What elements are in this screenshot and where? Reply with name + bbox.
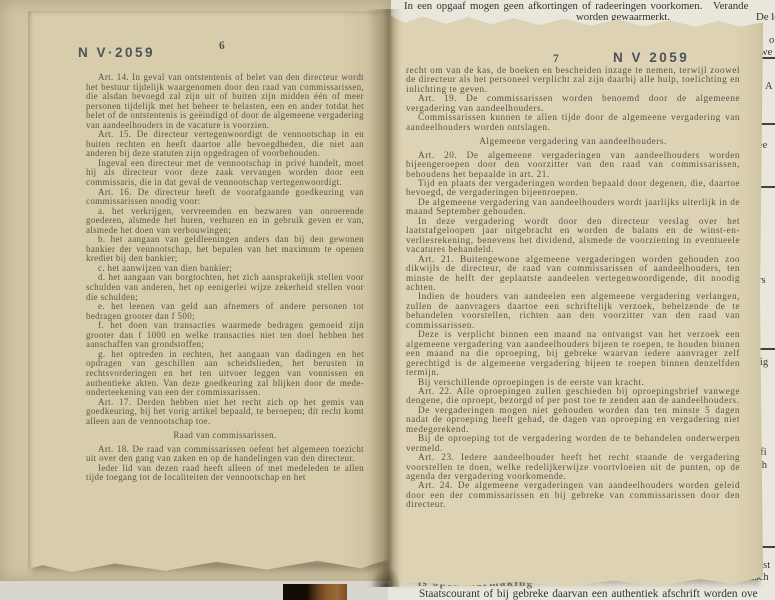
paragraph: Algemeene vergadering van aandeelhouders… [406,138,740,147]
paragraph: Art. 19. De commissarissen worden benoem… [406,95,740,114]
paragraph: f. het doen van transacties waarmede bed… [86,321,364,350]
paragraph: b. het aangaan van geldleeningen anders … [86,235,364,264]
right-page: 7 N V 2059 recht om van de kas, de boeke… [390,10,763,587]
paragraph: De vergaderingen mogen niet gehouden wor… [406,407,740,435]
right-page-text: recht om van de kas, de boeken en besche… [406,67,740,511]
paragraph: In deze vergadering wordt door den direc… [406,218,740,256]
paragraph: De algemeene vergadering van aandeelhoud… [406,199,740,218]
paragraph: Commissarissen kunnen te allen tijde doo… [406,114,740,133]
paragraph: Art. 18. De raad van commissarissen oefe… [86,445,364,464]
paragraph: recht om van de kas, de boeken en besche… [406,67,740,95]
paragraph: Art. 24. De algemeene vergaderingen van … [406,482,740,510]
paragraph: e. het leenen van geld aan afnemers of a… [86,302,364,321]
page-number: 6 [219,40,225,52]
page-number: 7 [553,53,559,65]
paragraph: Art. 15. De directeur vertegenwoordigt d… [86,130,364,159]
paragraph: Ieder lid van dezen raad heeft alleen of… [86,464,364,483]
paragraph: Art. 23. Iedere aandeelhouder heeft het … [406,454,740,482]
paragraph: Art. 14. In geval van ontstentenis of be… [86,73,364,130]
paragraph: Deze is verplicht binnen een maand na on… [406,331,740,378]
paragraph: Art. 16. De directeur heeft de voorafgaa… [86,188,364,207]
paragraph: Indien de houders van aandeelen een alge… [406,293,740,331]
paragraph: a. het verkrijgen, vervreemden en bezwar… [86,207,364,236]
paragraph: Raad van commissarissen. [86,431,364,441]
registration-stamp: N V·2059 [78,45,155,60]
left-page: N V·2059 6 Art. 14. In geval van ontsten… [28,11,390,573]
paragraph: Bij de oproeping tot de vergadering word… [406,435,740,454]
paragraph: Tijd en plaats der vergaderingen worden … [406,180,740,199]
paragraph: d. het aangaan van borgtochten, het zich… [86,273,364,302]
registration-stamp: N V 2059 [613,50,689,65]
paragraph: Art. 21. Buitengewone algemeene vergader… [406,256,740,294]
left-page-text: Art. 14. In geval van ontstentenis of be… [86,73,364,483]
form-instruction-line-continued: Verande [713,0,748,12]
paragraph: Art. 22. Alle oproepingen zullen geschie… [406,388,740,407]
paragraph: Art. 17. Derden hebben niet het recht zi… [86,398,364,427]
paragraph: g. het optreden in rechten, het aangaan … [86,350,364,398]
text-fragment: A [765,81,773,92]
text-fragment: o [769,35,774,46]
table-wood-strip [283,584,347,600]
form-instruction-line-2-continued: De ledi [756,11,775,23]
paragraph: Art. 20. De algemeene vergaderingen van … [406,152,740,180]
paragraph: Ingeval een directeur met de vennootscha… [86,159,364,188]
